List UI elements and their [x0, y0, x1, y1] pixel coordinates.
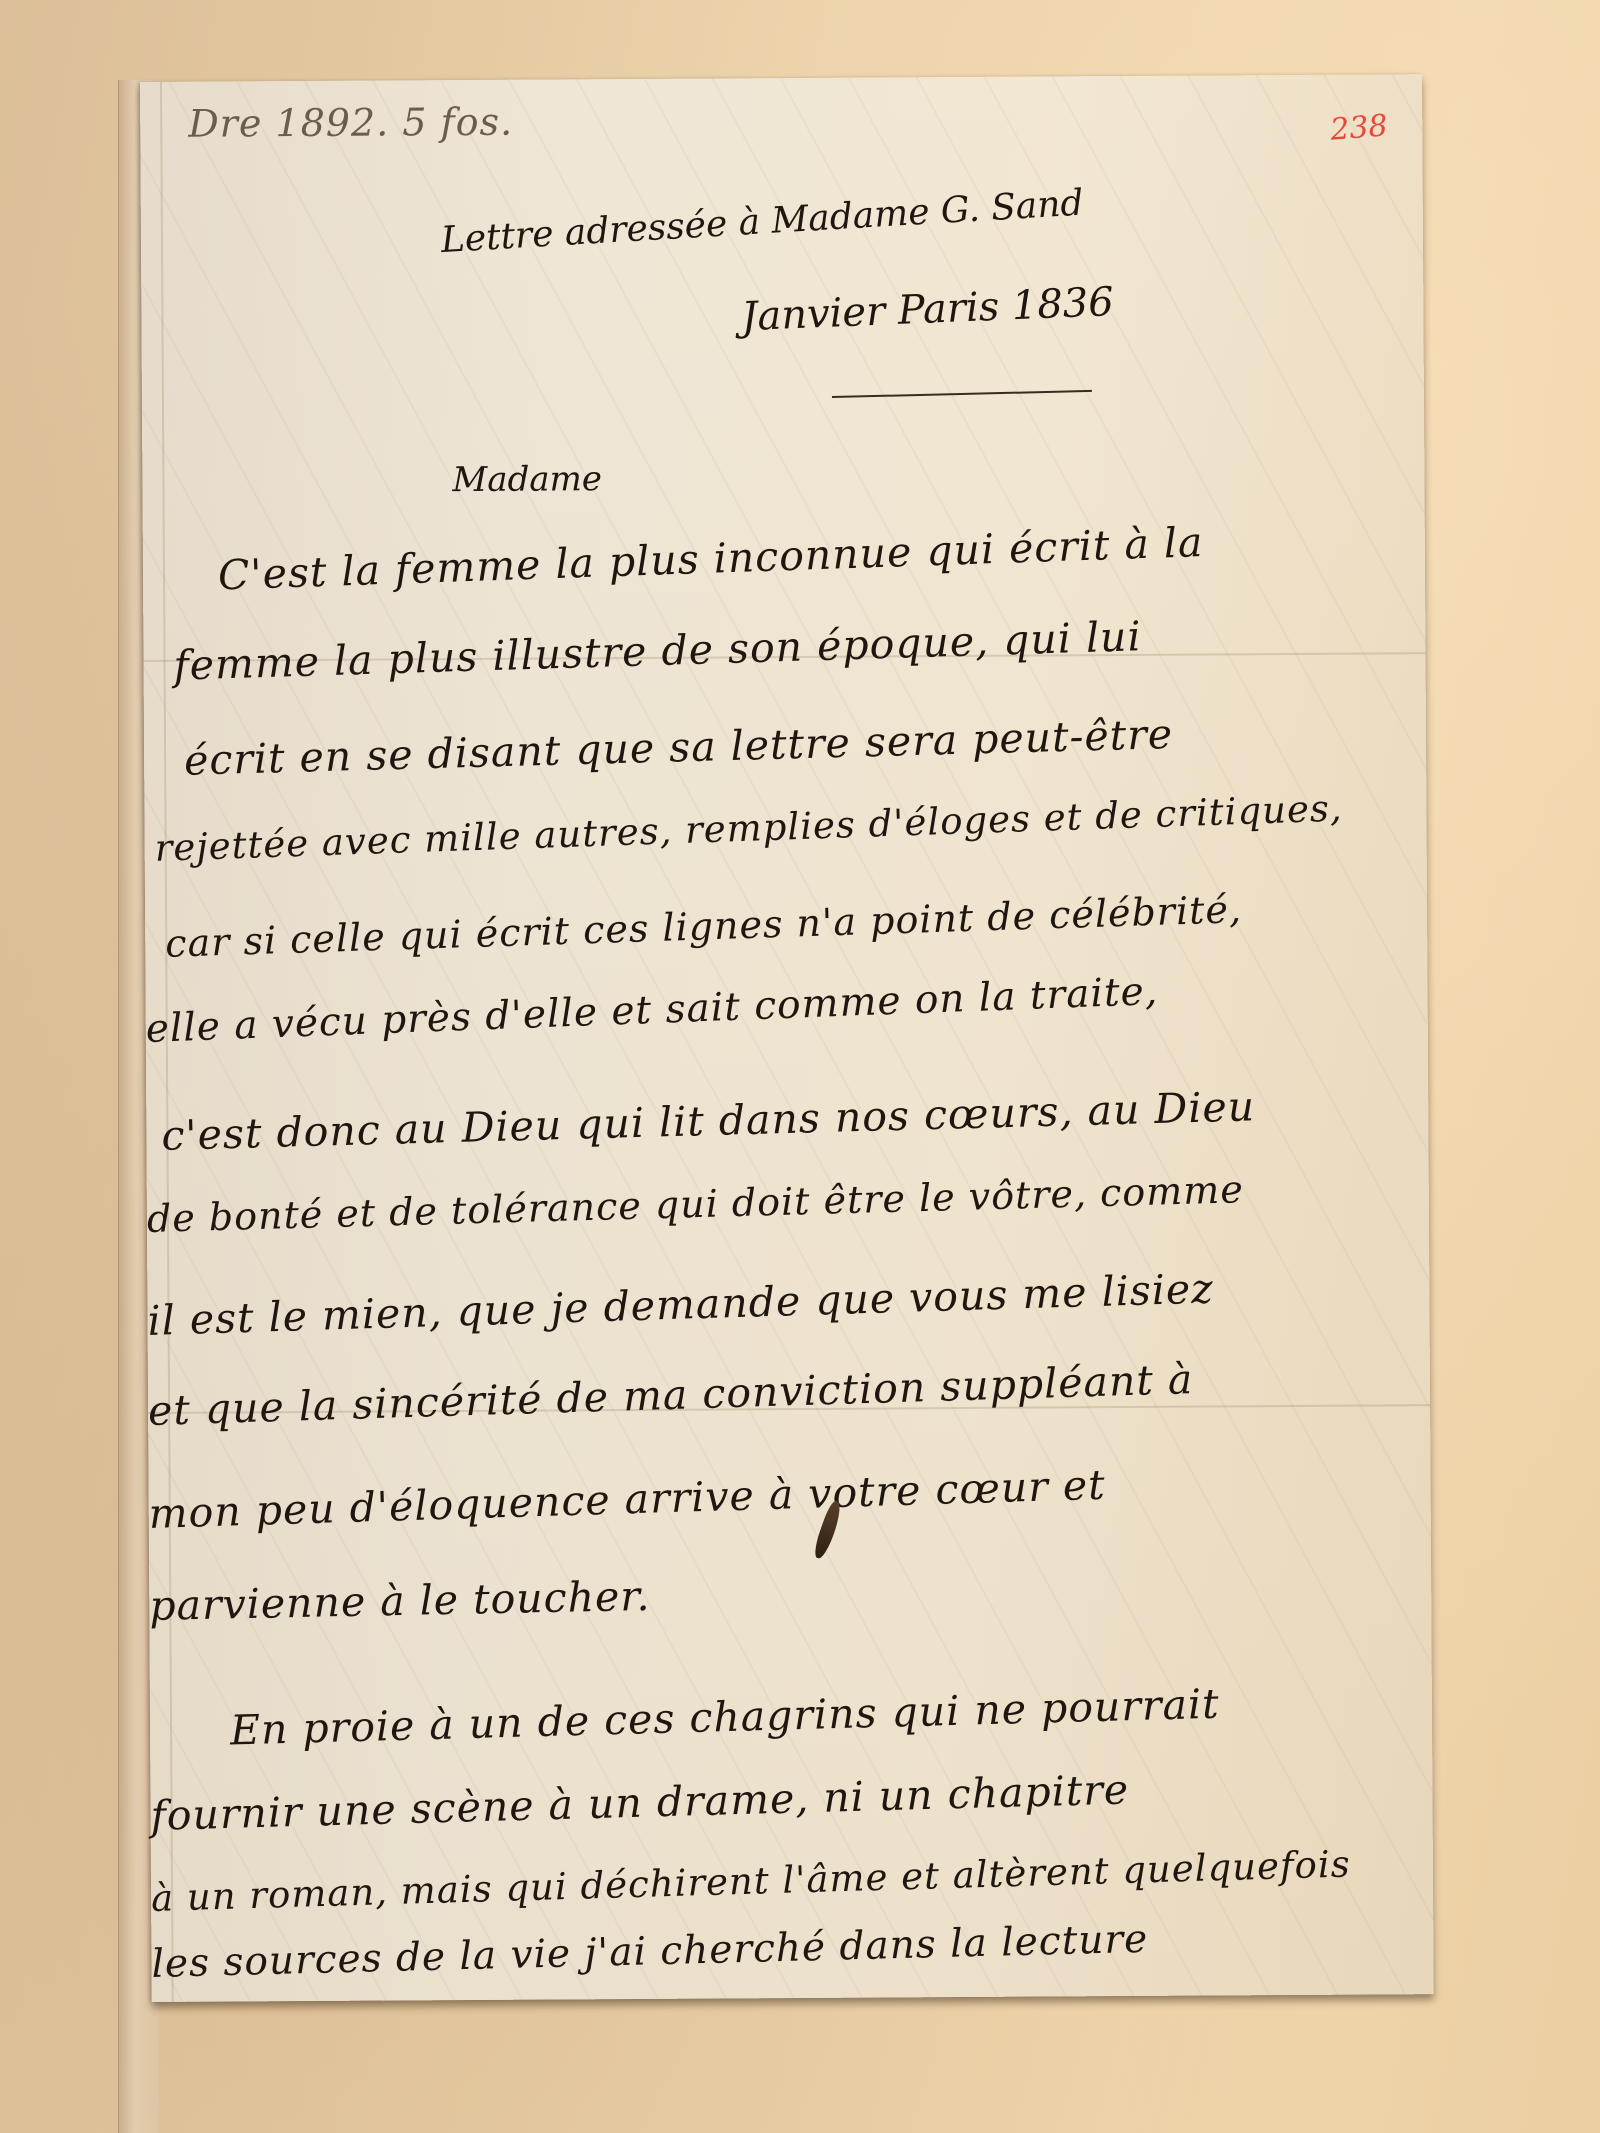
archive-annotation: Dre 1892. 5 fos. — [188, 100, 513, 146]
body-line: mon peu d'éloquence arrive à votre cœur … — [148, 1461, 1106, 1538]
folio-number: 238 — [1329, 108, 1389, 147]
salutation: Madame — [452, 459, 602, 500]
body-line: c'est donc au Dieu qui lit dans nos cœur… — [161, 1082, 1256, 1160]
body-line: fournir une scène à un drame, ni un chap… — [150, 1766, 1130, 1840]
body-line: femme la plus illustre de son époque, qu… — [173, 612, 1142, 690]
body-line: car si celle qui écrit ces lignes n'a po… — [165, 887, 1243, 966]
letter-heading-date: Janvier Paris 1836 — [741, 279, 1115, 340]
body-line: C'est la femme la plus inconnue qui écri… — [217, 518, 1204, 600]
body-line: En proie à un de ces chagrins qui ne pou… — [229, 1680, 1220, 1755]
body-line: de bonté et de tolérance qui doit être l… — [146, 1167, 1244, 1241]
body-line: à un roman, mais qui déchirent l'âme et … — [150, 1842, 1351, 1920]
body-line: les sources de la vie j'ai cherché dans … — [151, 1917, 1149, 1987]
body-line: elle a vécu près d'elle et sait comme on… — [145, 969, 1159, 1052]
body-line: il est le mien, que je demande que vous … — [147, 1264, 1215, 1345]
body-line: écrit en se disant que sa lettre sera pe… — [183, 710, 1173, 785]
letter-sheet: Dre 1892. 5 fos. 238 Lettre adressée à M… — [140, 74, 1434, 2002]
body-line: rejettée avec mille autres, remplies d'é… — [154, 786, 1343, 869]
body-line: parvienne à le toucher. — [149, 1572, 651, 1630]
body-line: et que la sincérité de ma conviction sup… — [147, 1355, 1194, 1435]
heading-rule — [832, 390, 1092, 398]
letter-heading-addressee: Lettre adressée à Madame G. Sand — [440, 183, 1085, 262]
